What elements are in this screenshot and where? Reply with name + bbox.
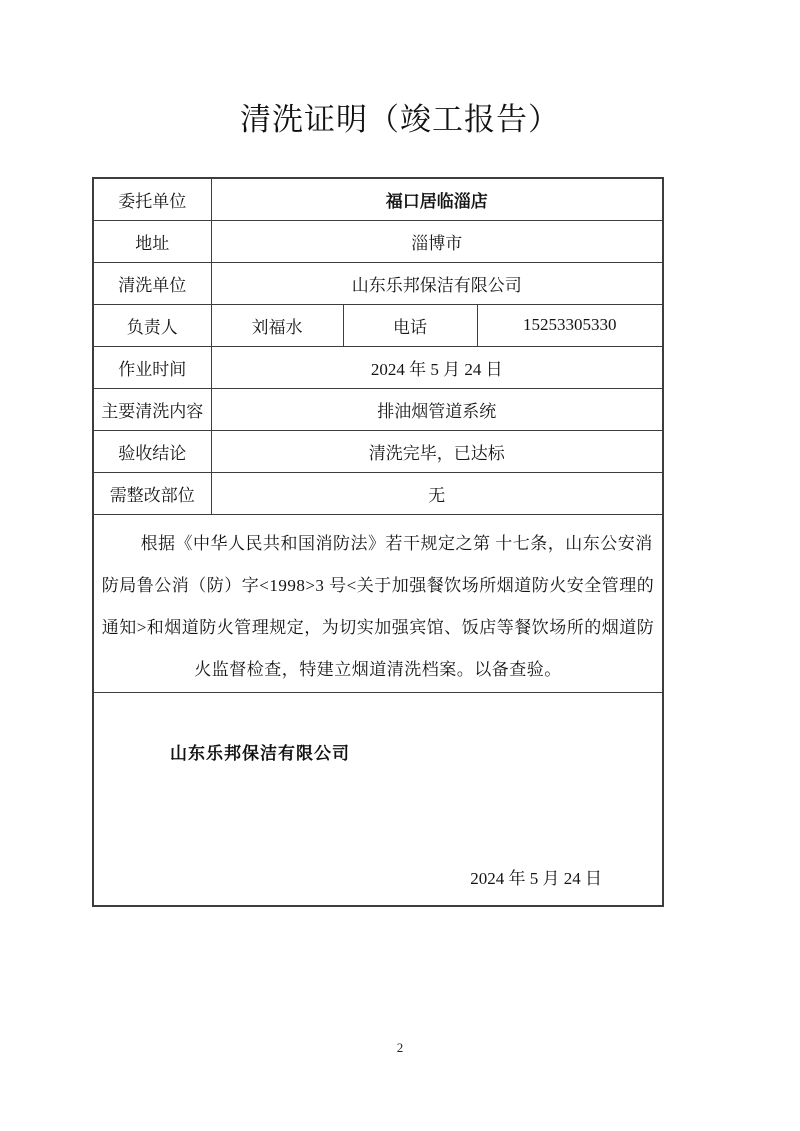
table-row-address: 地址 淄博市 — [93, 220, 663, 262]
document-page: 清洗证明（竣工报告） 委托单位 福口居临淄店 地址 淄博市 清洗单位 山东乐邦保… — [0, 0, 800, 1131]
phone-number: 15253305330 — [477, 304, 663, 346]
row-value: 无 — [211, 472, 663, 514]
row-value: 山东乐邦保洁有限公司 — [211, 262, 663, 304]
table-row-cleaning-content: 主要清洗内容 排油烟管道系统 — [93, 388, 663, 430]
row-label: 负责人 — [93, 304, 211, 346]
row-label: 验收结论 — [93, 430, 211, 472]
row-value: 排油烟管道系统 — [211, 388, 663, 430]
table-row-entrusting-unit: 委托单位 福口居临淄店 — [93, 178, 663, 220]
row-value: 福口居临淄店 — [211, 178, 663, 220]
page-number: 2 — [0, 1040, 800, 1056]
row-label: 主要清洗内容 — [93, 388, 211, 430]
report-table: 委托单位 福口居临淄店 地址 淄博市 清洗单位 山东乐邦保洁有限公司 负责人 刘… — [92, 177, 664, 907]
signature-date: 2024 年 5 月 24 日 — [470, 864, 602, 889]
table-row-acceptance-conclusion: 验收结论 清洗完毕，已达标 — [93, 430, 663, 472]
row-value: 清洗完毕，已达标 — [211, 430, 663, 472]
table-row-notice: 根据《中华人民共和国消防法》若干规定之第 十七条，山东公安消防局鲁公消（防）字<… — [93, 514, 663, 692]
signature-company: 山东乐邦保洁有限公司 — [170, 739, 350, 764]
row-label: 作业时间 — [93, 346, 211, 388]
row-label: 需整改部位 — [93, 472, 211, 514]
phone-label: 电话 — [343, 304, 477, 346]
row-label: 清洗单位 — [93, 262, 211, 304]
report-table-container: 委托单位 福口居临淄店 地址 淄博市 清洗单位 山东乐邦保洁有限公司 负责人 刘… — [92, 177, 664, 907]
person-name: 刘福水 — [211, 304, 343, 346]
row-label: 委托单位 — [93, 178, 211, 220]
notice-paragraph: 根据《中华人民共和国消防法》若干规定之第 十七条，山东公安消防局鲁公消（防）字<… — [93, 514, 663, 692]
table-row-signature: 山东乐邦保洁有限公司 2024 年 5 月 24 日 — [93, 692, 663, 906]
signature-cell: 山东乐邦保洁有限公司 2024 年 5 月 24 日 — [93, 692, 663, 906]
table-row-person-in-charge: 负责人 刘福水 电话 15253305330 — [93, 304, 663, 346]
table-row-rectification-parts: 需整改部位 无 — [93, 472, 663, 514]
row-value: 2024 年 5 月 24 日 — [211, 346, 663, 388]
row-value: 淄博市 — [211, 220, 663, 262]
page-title: 清洗证明（竣工报告） — [0, 94, 800, 139]
row-label: 地址 — [93, 220, 211, 262]
table-row-work-date: 作业时间 2024 年 5 月 24 日 — [93, 346, 663, 388]
table-row-cleaning-unit: 清洗单位 山东乐邦保洁有限公司 — [93, 262, 663, 304]
